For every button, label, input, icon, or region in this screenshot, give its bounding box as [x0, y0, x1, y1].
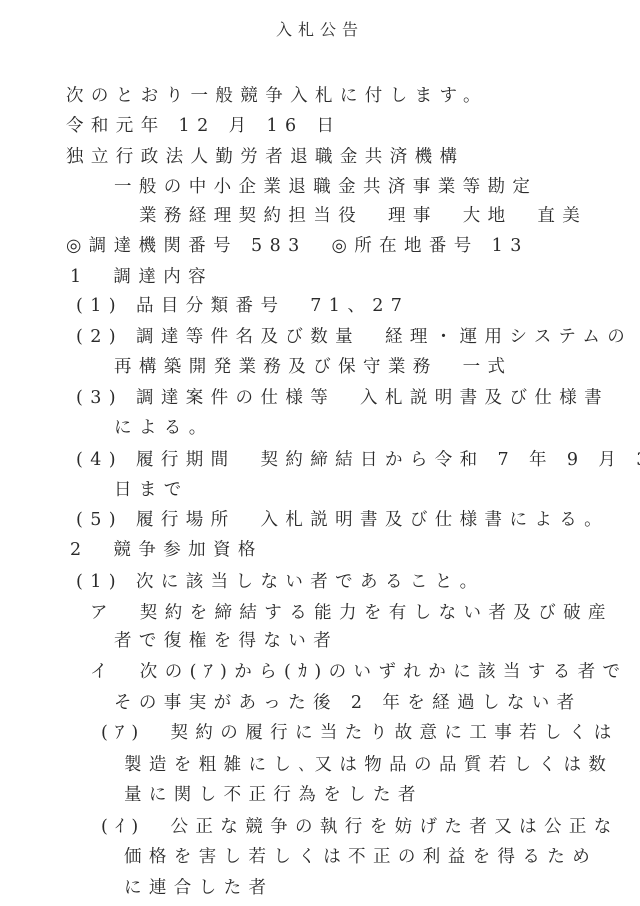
- document-line: (5) 履行場所 入札説明書及び仕様書による。: [76, 509, 609, 531]
- document-line: (1) 品目分類番号 71、27: [76, 295, 409, 317]
- document-line: その事実があった後 2 年を経過しない者: [114, 692, 582, 714]
- document-line: (ｲ) 公正な競争の執行を妨げた者又は公正な: [101, 816, 619, 838]
- document-line: に連合した者: [124, 877, 273, 899]
- document-title: 入札公告: [0, 19, 640, 41]
- document-line: ◎調達機関番号 583 ◎所在地番号 13: [66, 235, 529, 257]
- document-line: 製造を粗雑にし､又は物品の品質若しくは数: [124, 754, 613, 776]
- document-line: 2 競争参加資格: [70, 539, 263, 561]
- document-line: 業務経理契約担当役 理事 大地 直美: [139, 205, 587, 227]
- document-line: (3) 調達案件の仕様等 入札説明書及び仕様書: [76, 387, 609, 409]
- document-line: 量に関し不正行為をした者: [124, 784, 423, 806]
- document-line: 独立行政法人勤労者退職金共済機構: [66, 146, 464, 168]
- document-line: 次のとおり一般競争入札に付します。: [66, 85, 488, 107]
- document-line: 1 調達内容: [70, 266, 213, 288]
- document-line: イ 次の(ｱ)から(ｶ)のいずれかに該当する者で: [90, 661, 627, 683]
- document-line: ア 契約を締結する能力を有しない者及び破産: [90, 602, 613, 624]
- document-page: 入札公告 次のとおり一般競争入札に付します。令和元年 12 月 16 日独立行政…: [0, 0, 640, 906]
- document-line: 価格を害し若しくは不正の利益を得るため: [124, 846, 597, 868]
- document-line: (4) 履行期間 契約締結日から令和 7 年 9 月 30: [76, 449, 640, 471]
- document-line: (ｱ) 契約の履行に当たり故意に工事若しくは: [101, 722, 619, 744]
- document-line: 再構築開発業務及び保守業務 一式: [114, 356, 512, 378]
- document-line: 日まで: [114, 479, 189, 501]
- document-line: による。: [114, 417, 214, 439]
- document-line: (2) 調達等件名及び数量 経理・運用システムの: [76, 326, 632, 348]
- document-line: 者で復権を得ない者: [114, 630, 338, 652]
- document-line: 一般の中小企業退職金共済事業等勘定: [114, 176, 537, 198]
- document-line: (1) 次に該当しない者であること。: [76, 571, 485, 593]
- document-line: 令和元年 12 月 16 日: [66, 115, 341, 137]
